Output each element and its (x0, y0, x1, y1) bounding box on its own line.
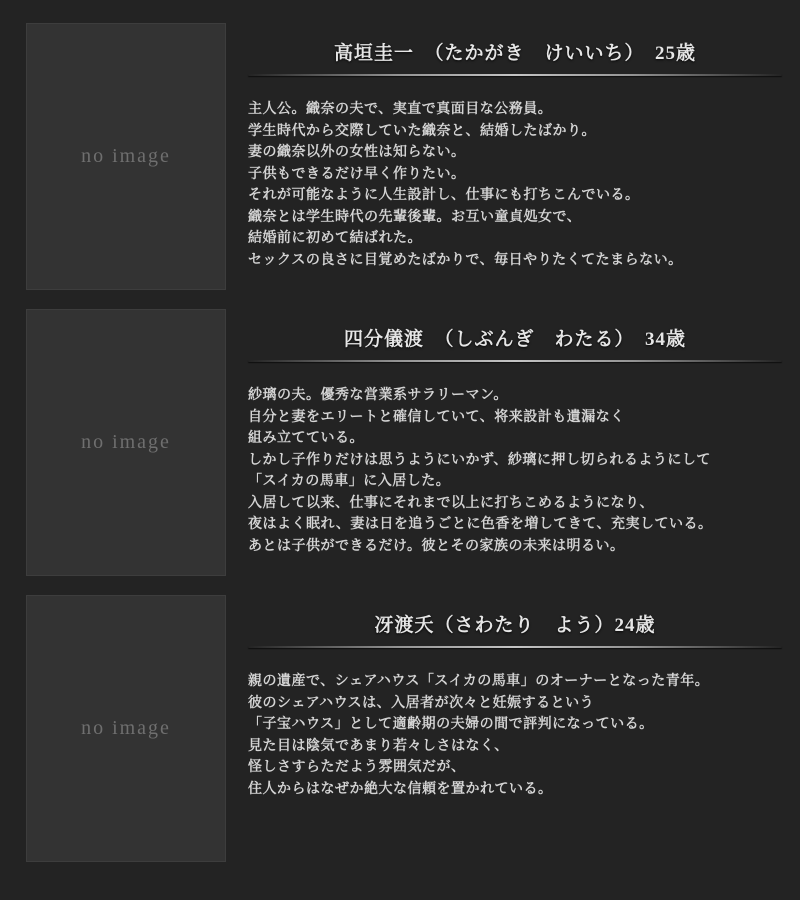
section-divider (248, 74, 782, 76)
no-image-label: no image (81, 717, 171, 740)
section-divider (248, 360, 782, 362)
character-section: no image 四分儀渡 （しぶんぎ わたる） 34歳 紗璃の夫。優秀な営業系… (26, 309, 800, 576)
character-description: 主人公。織奈の夫で、実直で真面目な公務員。 学生時代から交際していた織奈と、結婚… (248, 98, 782, 270)
character-name-heading: 四分儀渡 （しぶんぎ わたる） 34歳 (248, 324, 782, 351)
section-divider (248, 646, 782, 648)
character-description: 紗璃の夫。優秀な営業系サラリーマン。 自分と妻をエリートと確信していて、将来設計… (248, 384, 782, 556)
character-info: 四分儀渡 （しぶんぎ わたる） 34歳 紗璃の夫。優秀な営業系サラリーマン。 自… (248, 309, 782, 556)
character-section: no image 高垣圭一 （たかがき けいいち） 25歳 主人公。織奈の夫で、… (26, 23, 800, 290)
character-name-heading: 高垣圭一 （たかがき けいいち） 25歳 (248, 38, 782, 65)
character-portrait-placeholder: no image (26, 309, 226, 576)
character-portrait-placeholder: no image (26, 23, 226, 290)
character-portrait-placeholder: no image (26, 595, 226, 862)
no-image-label: no image (81, 431, 171, 454)
character-info: 冴渡夭（さわたり よう）24歳 親の遺産で、シェアハウス「スイカの馬車」のオーナ… (248, 595, 782, 799)
character-info: 高垣圭一 （たかがき けいいち） 25歳 主人公。織奈の夫で、実直で真面目な公務… (248, 23, 782, 270)
character-description: 親の遺産で、シェアハウス「スイカの馬車」のオーナーとなった青年。 彼のシェアハウ… (248, 670, 782, 799)
character-name-heading: 冴渡夭（さわたり よう）24歳 (248, 610, 782, 637)
character-section: no image 冴渡夭（さわたり よう）24歳 親の遺産で、シェアハウス「スイ… (26, 595, 800, 862)
no-image-label: no image (81, 145, 171, 168)
